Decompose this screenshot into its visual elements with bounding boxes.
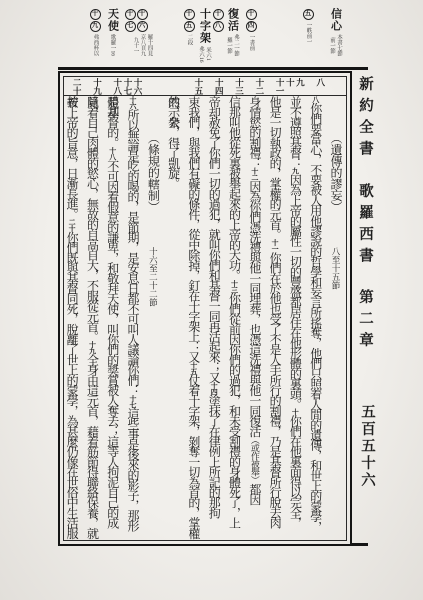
scripture-column: 隨着自己肉體的慾心，無故的自高自大，不服從元首。十九全身由這元首，藉着筋節得聯絡… — [82, 96, 102, 540]
index-reference: 羅一節 — [225, 34, 232, 56]
scripture-text: 都因 — [248, 483, 262, 503]
index-references: 米六1弗六16 — [197, 46, 211, 63]
book-title: 新約全書 — [357, 76, 373, 162]
verse-strip-cell: 二十 — [62, 77, 82, 95]
verse-number: 十七 — [123, 78, 133, 95]
scripture-text: 着上帝的旨意，日漸長進。 — [65, 96, 79, 218]
verse-strip-cell: 十五 — [184, 77, 204, 95]
index-references: 歌羅一16 — [109, 34, 116, 56]
inline-translator-note: （或作被舉） — [250, 435, 260, 483]
verse-number: 八 — [316, 78, 326, 95]
chapter-title: 第二章 — [357, 289, 373, 354]
section-heading-column: （條規的轄制）十六至二十二節 — [143, 96, 163, 540]
scripture-text: 你們既與基督同死，脫離了世上的蒙學，為甚麼仍像在世俗中生活服 — [65, 231, 79, 537]
index-references: 一書前 — [248, 34, 255, 51]
circled-numeral-icon: 五 — [184, 21, 195, 32]
index-reference: 弗二一節 — [232, 34, 239, 56]
section-heading: （遺傳的謬妄） — [329, 132, 343, 213]
scripture-text: 你們在他裏面得以完全， — [288, 415, 302, 527]
verse-number: 九 — [295, 78, 305, 95]
index-term: 信心 — [329, 8, 342, 32]
inline-verse-marker: 十四 — [210, 382, 218, 395]
index-references: 本書七節前一節 — [328, 34, 342, 56]
circled-numeral-icon: 七 — [125, 21, 136, 32]
inline-verse-marker: 十八 — [109, 147, 117, 160]
verse-strip-cell: 十二 — [245, 77, 265, 95]
scripture-column: 着上帝的旨意，日漸長進。二十你們既與基督同死，脫離了世上的蒙學，為甚麼仍像在世俗… — [64, 96, 82, 540]
circled-numeral-icon: 十 — [90, 9, 101, 20]
verse-strip-cell: 八 — [305, 77, 325, 95]
circled-numeral-icon: 九 — [90, 21, 101, 32]
inline-verse-marker: 十五 — [190, 361, 198, 374]
index-reference: 羅十四見 — [146, 34, 153, 56]
index-reference: 一書前 — [248, 34, 255, 51]
scripture-column: 他是一切執政的，掌權的元首。十一你們在於他也受了不是人手所行的割禮，乃是基督所行… — [265, 96, 285, 540]
verse-number: 十五 — [194, 78, 204, 95]
scripture-column: 然示衆，得了凱旋。 — [163, 96, 183, 540]
scripture-text: 你們要當心，不要被人用他謬說的哲學和妄言所搖奪，他們只照着人間的遺傳，和世上的蒙… — [309, 103, 323, 531]
verse-number: 十一 — [275, 78, 285, 95]
verse-strip-cell — [143, 77, 163, 95]
top-heavy-rule — [58, 67, 368, 70]
verse-strip-cell: 十四 — [204, 77, 224, 95]
scripture-text: 然示衆，得了凱旋。 — [167, 96, 181, 188]
page-number: 五百五十六 — [357, 404, 378, 489]
circled-numeral-icon: 四 — [246, 21, 257, 32]
section-heading: （條規的轄制） — [146, 132, 160, 213]
inline-verse-marker: 十三 — [231, 280, 239, 293]
verse-strip-cell: 十一 — [265, 77, 285, 95]
circled-numeral-icon: 十 — [246, 9, 257, 20]
scripture-text: 因為你們憑洗禮與他一同埋葬，也憑這洗禮與他一同復活 — [248, 180, 262, 435]
verse-number: 十四 — [214, 78, 224, 95]
scripture-column: 束我們，與我們有礙的條件，從中除掉，釘在十字架上：又十五仗着十字架，剝奪一切為首… — [184, 96, 204, 540]
section-verse-range: 八至十五節 — [331, 247, 341, 290]
index-reference: 歌羅一16 — [109, 34, 116, 56]
scripture-text: 並不遵照基督： — [288, 96, 302, 167]
verse-number: 二十 — [72, 78, 82, 95]
inline-verse-marker: 十七 — [129, 395, 137, 408]
verse-number: 十八 — [113, 78, 123, 95]
circled-numeral-icon: 十 — [125, 9, 136, 20]
inline-verse-marker: 十一 — [271, 239, 279, 252]
scripture-column: 十六所以無論是吃的喝的，是節期，是安息日都不可叫人議論你們：十七這些事是後來的影… — [123, 96, 143, 540]
index-entry-信心: 信心本書七節前一節 — [324, 8, 346, 56]
scripture-text: 束我們，與我們有礙的條件，從中除掉，釘在十字架上：又 — [187, 96, 201, 361]
scripture-text: 你們從前因你們的過犯，和未受割禮的身體死了，上 — [228, 293, 242, 528]
circled-numeral-icon: 五 — [303, 9, 314, 20]
index-references: 羅十四見京八頁九九十一 — [132, 34, 153, 56]
index-reference: 九十一 — [132, 34, 139, 56]
verse-number: 十三 — [235, 78, 245, 95]
verse-strip-cell — [326, 77, 346, 95]
scripture-text-area: （遺傳的謬妄）八至十五節八你們要當心，不要被人用他謬說的哲學和妄言所搖奪，他們只… — [64, 96, 346, 540]
index-references: 弗二一節羅一節 — [225, 34, 239, 56]
index-references: 二段 — [186, 34, 193, 45]
index-entry-mark: 十九弗西杯以 — [84, 9, 106, 56]
index-reference: 弗六16 — [197, 46, 204, 63]
index-references: 一帙前一 — [305, 22, 312, 44]
running-title: 新約全書 歌羅西書 第二章 — [355, 76, 376, 354]
index-reference: 米六1 — [204, 46, 211, 63]
circled-reference-marks: 十五 — [178, 9, 200, 32]
scanned-book-page: 信心本書七節前一節五一帙前一十四一書前復活弗二一節羅一節十八十字架米六1弗六16… — [0, 0, 423, 600]
verse-number: 十九 — [92, 78, 102, 95]
scripture-column: 並不遵照基督：九因為上帝的屬性一切的豐盛都居住在他形體的裏頭。十你們在他裏面得以… — [285, 96, 305, 540]
index-entry-mark: 十四一書前 — [240, 9, 262, 51]
scripture-text: 身情慾的割禮： — [248, 96, 262, 167]
scripture-text: 是基督的。 — [106, 96, 120, 147]
scripture-text: 他是一切執政的，掌權的元首。 — [268, 96, 282, 239]
section-verse-range: 十六至二十二節 — [148, 247, 158, 307]
section-heading-column: （遺傳的謬妄）八至十五節 — [326, 96, 346, 540]
verse-number: 十六 — [133, 78, 143, 95]
text-frame-outer: 八九十十一十二十三十四十五十六十七十八十九二十 （遺傳的謬妄）八至十五節八你們要… — [58, 71, 352, 546]
inline-verse-marker: 十二 — [251, 167, 259, 180]
scripture-text: 信那叫他從死裏被舉起來的上帝的大功。 — [228, 96, 242, 280]
scripture-column: 身情慾的割禮：十二因為你們憑洗禮與他一同埋葬，也憑這洗禮與他一同復活（或作被舉）… — [245, 96, 265, 540]
scripture-text: 所以無論是吃的喝的，是節期，是安息日都不可叫人議論你們： — [126, 109, 140, 395]
scripture-text: 塗抹了在律例上所記的那拘 — [207, 395, 221, 517]
text-frame-inner: 八九十十一十二十三十四十五十六十七十八十九二十 （遺傳的謬妄）八至十五節八你們要… — [63, 76, 347, 541]
verse-number: 十 — [285, 78, 295, 95]
verse-strip-cell: 十八 — [102, 77, 122, 95]
circled-reference-marks: 五 — [297, 9, 319, 20]
inline-verse-marker: 十六 — [129, 96, 137, 109]
verse-number: 十二 — [255, 78, 265, 95]
index-reference: 本書七節 — [335, 34, 342, 56]
index-references: 弗西杯以 — [92, 34, 99, 56]
verse-strip-cell: 十三 — [224, 77, 244, 95]
index-reference: 弗西杯以 — [92, 34, 99, 56]
verse-strip-cell: 十九 — [82, 77, 102, 95]
scripture-column: 帝却赦免了你們一切的過犯，就叫你們和基督一同再活起來；又十四塗抹了在律例上所記的… — [204, 96, 224, 540]
verse-strip-cell — [163, 77, 183, 95]
scripture-text: 因為上帝的屬性一切的豐盛都居住在他形體的裏頭。 — [288, 174, 302, 409]
scripture-text: 隨着自己肉體的慾心，無故的自高自大，不服從元首。 — [85, 96, 99, 341]
inline-verse-marker: 十九 — [88, 341, 96, 354]
bottom-heavy-rule-extension — [352, 543, 368, 546]
inline-verse-marker: 二十 — [68, 218, 76, 231]
index-reference: 二段 — [186, 34, 193, 45]
verse-strip-cell: 十六十七 — [123, 77, 143, 95]
index-entry-mark: 十五二段 — [178, 9, 200, 45]
circled-reference-marks: 十九 — [84, 9, 106, 32]
scripture-text: 帝却赦免了你們一切的過犯，就叫你們和基督一同再活起來；又 — [207, 96, 221, 382]
index-entry-mark: 五一帙前一 — [297, 9, 319, 44]
index-term: 天使 — [106, 8, 119, 32]
scripture-column: 是基督的。十八不可因着假意的謙卑，和敬拜天使，叫你們的獎賞被人奪去；這等人拘泥自… — [102, 96, 122, 540]
index-reference: 前一節 — [328, 34, 335, 56]
scripture-column: 信那叫他從死裏被舉起來的上帝的大功。十三你們從前因你們的過犯，和未受割禮的身體死… — [224, 96, 244, 540]
circled-reference-marks: 十四 — [240, 9, 262, 32]
index-reference: 一帙前一 — [305, 22, 312, 44]
epistle-title: 歌羅西書 — [357, 183, 373, 269]
circled-numeral-icon: 十 — [184, 9, 195, 20]
scripture-text: 你們在於他也受了不是人手所行的割禮，乃是基督所行脫去肉 — [268, 252, 282, 527]
verse-strip-cell: 九十 — [285, 77, 305, 95]
index-reference: 京八頁九 — [139, 34, 146, 56]
scripture-column: 八你們要當心，不要被人用他謬說的哲學和妄言所搖奪，他們只照着人間的遺傳，和世上的… — [305, 96, 325, 540]
verse-number-strip: 八九十十一十二十三十四十五十六十七十八十九二十 — [64, 77, 346, 96]
